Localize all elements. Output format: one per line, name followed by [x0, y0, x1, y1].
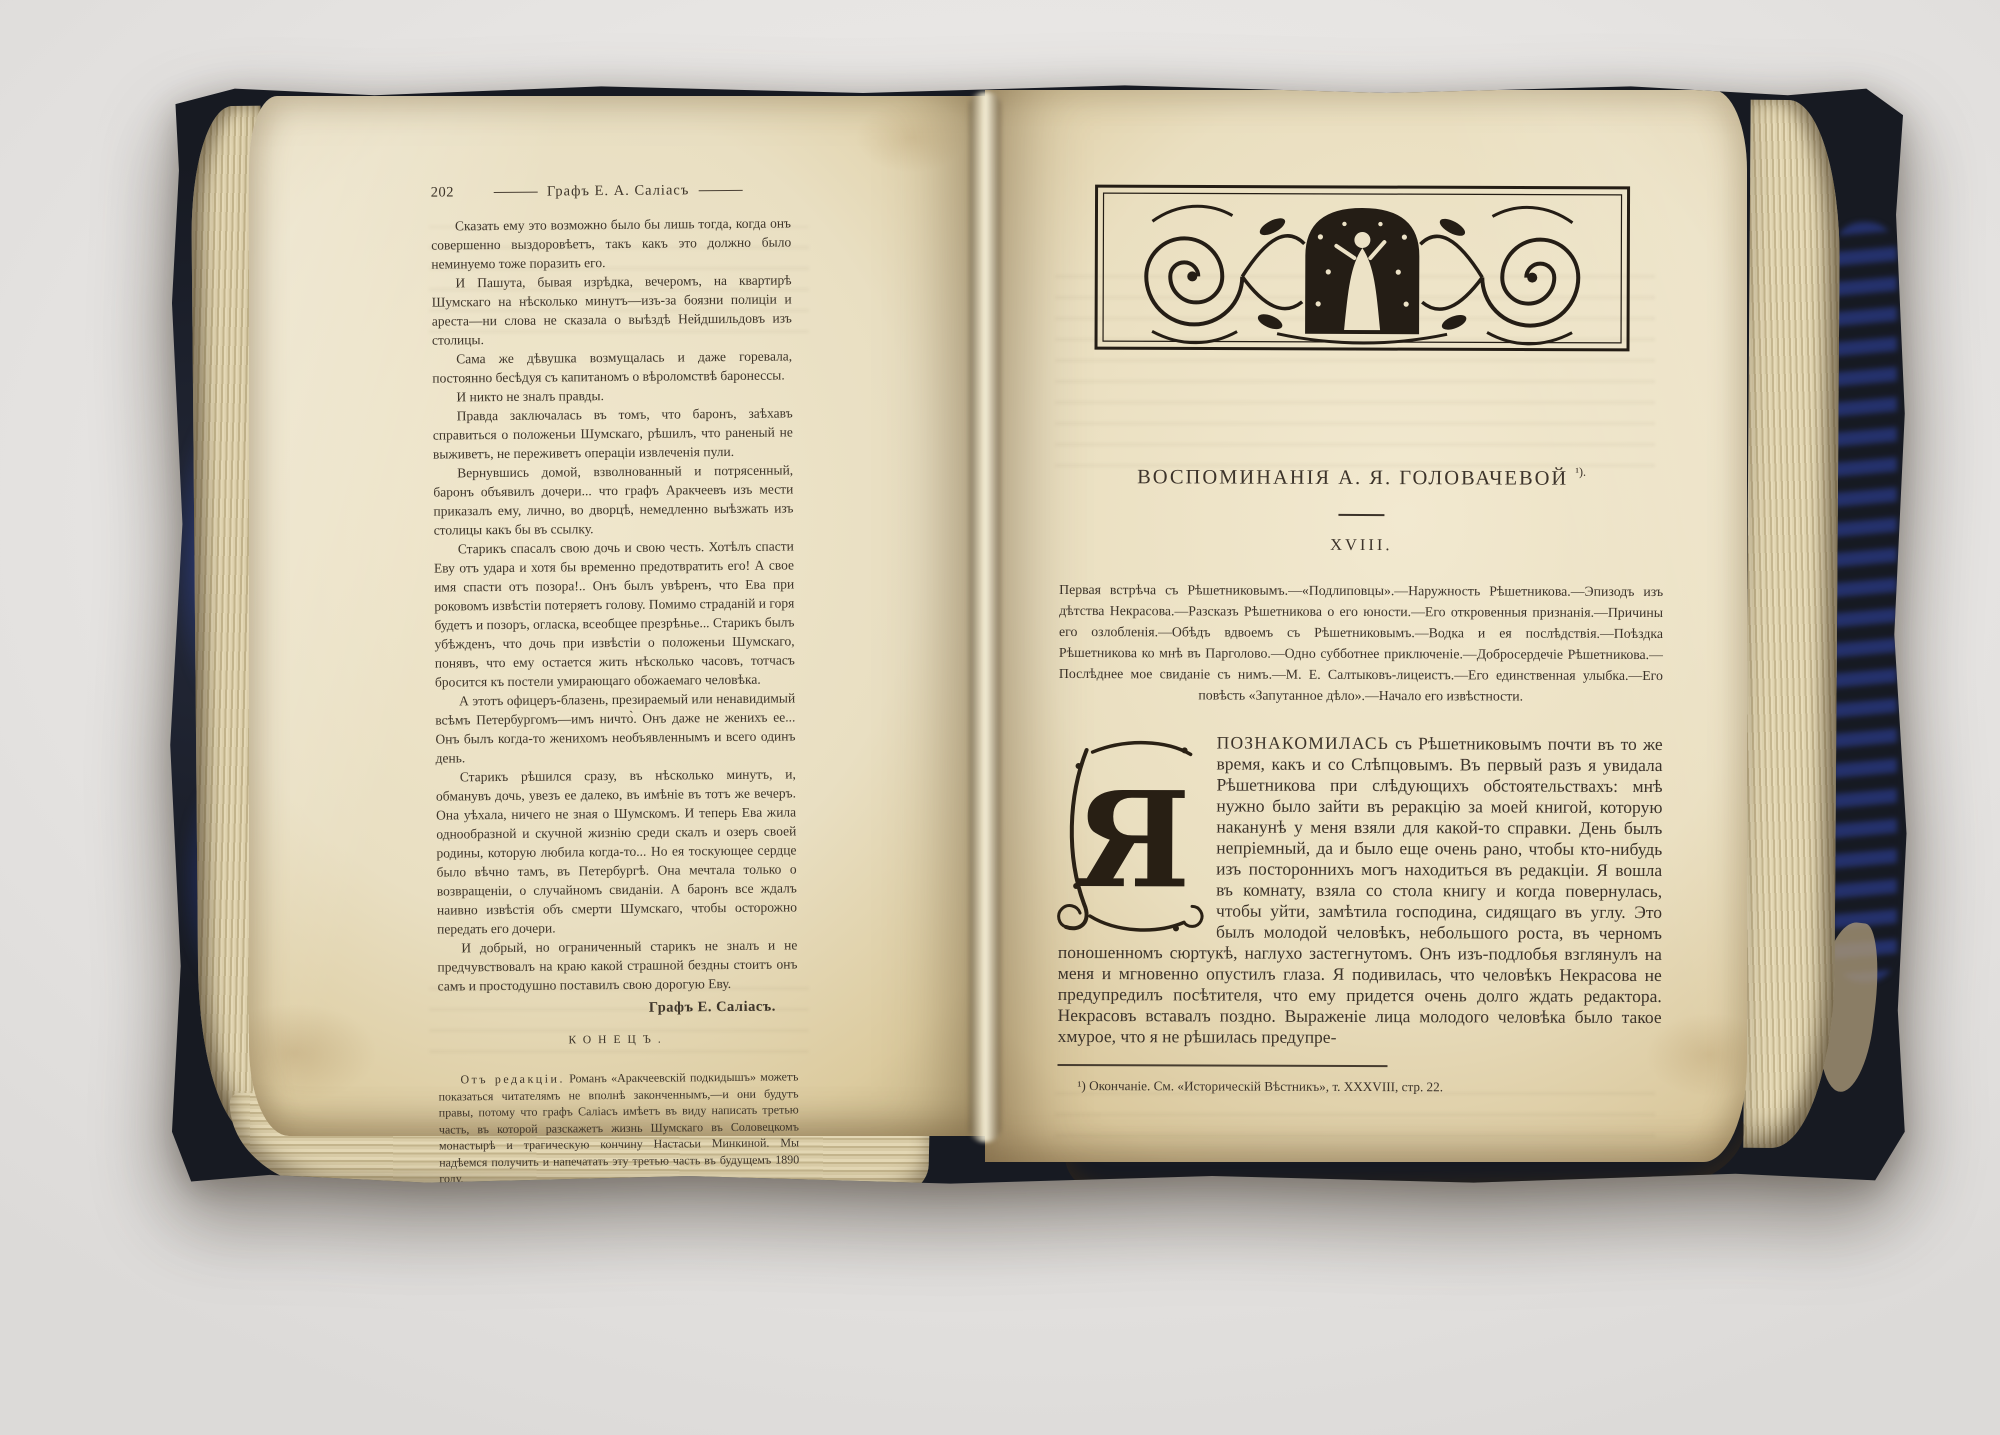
drop-cap-letter: Я: [1074, 763, 1191, 918]
open-book-photo: 202 Графъ Е. А. Саліасъ Сказать ему это …: [165, 82, 1910, 1187]
body-text: Я ПОЗНАКОМИЛАСЬсъ Рѣшетниковымъ почти въ…: [1058, 732, 1663, 1049]
body-paragraph: Сказать ему это возможно было бы лишь то…: [431, 213, 791, 273]
page-number: 202: [431, 183, 454, 201]
book-cover: 202 Графъ Е. А. Саліасъ Сказать ему это …: [165, 82, 1910, 1187]
body-paragraph: Старикъ спасалъ свою дочь и свою честь. …: [434, 536, 795, 691]
show-through-text: [1055, 1090, 1655, 1150]
running-title: Графъ Е. А. Саліасъ: [547, 181, 690, 200]
author-signature: Графъ Е. Саліасъ.: [438, 997, 798, 1019]
body-paragraph: И добрый, но ограниченный старикъ не зна…: [437, 935, 797, 995]
first-word-caps: ПОЗНАКОМИЛАСЬ: [1217, 732, 1389, 753]
chapter-title-text: ВОСПОМИНАНІЯ А. Я. ГОЛОВАЧЕВОЙ: [1137, 466, 1568, 490]
title-rule: [1338, 514, 1384, 516]
page-edges-right: [1743, 100, 1840, 1149]
body-paragraph: А этотъ офицеръ-блазень, презираемый или…: [435, 688, 796, 767]
title-footnote-mark: ¹).: [1575, 465, 1586, 479]
chapter-title: ВОСПОМИНАНІЯ А. Я. ГОЛОВАЧЕВОЙ ¹).: [1060, 463, 1664, 491]
headpiece-engraving-icon: [1092, 181, 1633, 355]
book-gutter: [969, 92, 1001, 1142]
running-header: 202 Графъ Е. А. Саліасъ: [431, 180, 791, 201]
drop-cap-initial-icon: Я: [1056, 736, 1203, 935]
cover-wear-patch: [1833, 222, 1897, 982]
right-page-text-column: ВОСПОМИНАНІЯ А. Я. ГОЛОВАЧЕВОЙ ¹). XVIII…: [1057, 181, 1664, 1097]
header-rule: [698, 189, 742, 190]
body-paragraph: И Пашута, бывая изрѣдка, вечеромъ, на кв…: [431, 270, 792, 349]
right-page: ВОСПОМИНАНІЯ А. Я. ГОЛОВАЧЕВОЙ ¹). XVIII…: [985, 90, 1747, 1162]
table-surface: 202 Графъ Е. А. Саліасъ Сказать ему это …: [0, 0, 2000, 1435]
footnote-rule: [1058, 1064, 1388, 1067]
editorial-note-lead: Отъ редакціи.: [460, 1071, 565, 1086]
chapter-number: XVIII.: [1059, 534, 1663, 556]
body-paragraph: Сама же дѣвушка возмущалась и даже горев…: [432, 346, 792, 387]
body-paragraph: Правда заключалась въ томъ, что баронъ, …: [433, 403, 793, 463]
finis-label: КОНЕЦЪ.: [438, 1029, 798, 1051]
footnote-text: ¹) Окончаніе. См. «Историческій Вѣстникъ…: [1057, 1077, 1661, 1097]
drop-cap-ornament: Я: [1056, 736, 1203, 935]
header-rule: [494, 191, 538, 192]
left-page-text-column: 202 Графъ Е. А. Саліасъ Сказать ему это …: [431, 180, 800, 1187]
editorial-note: Отъ редакціи. Романъ «Аракчеевскій подки…: [438, 1068, 799, 1187]
body-text: Сказать ему это возможно было бы лишь то…: [431, 213, 798, 995]
body-paragraph: Старикъ рѣшился сразу, въ нѣсколько мину…: [436, 764, 797, 938]
editorial-note-text: Романъ «Аракчеевскій подкидышъ» можетъ п…: [439, 1069, 800, 1185]
left-page: 202 Графъ Е. А. Саліасъ Сказать ему это …: [249, 96, 985, 1136]
body-paragraph: Вернувшись домой, взволнованный и потряс…: [433, 460, 794, 539]
chapter-argument: Первая встрѣча съ Рѣшетниковымъ.—«Подлип…: [1059, 579, 1663, 707]
